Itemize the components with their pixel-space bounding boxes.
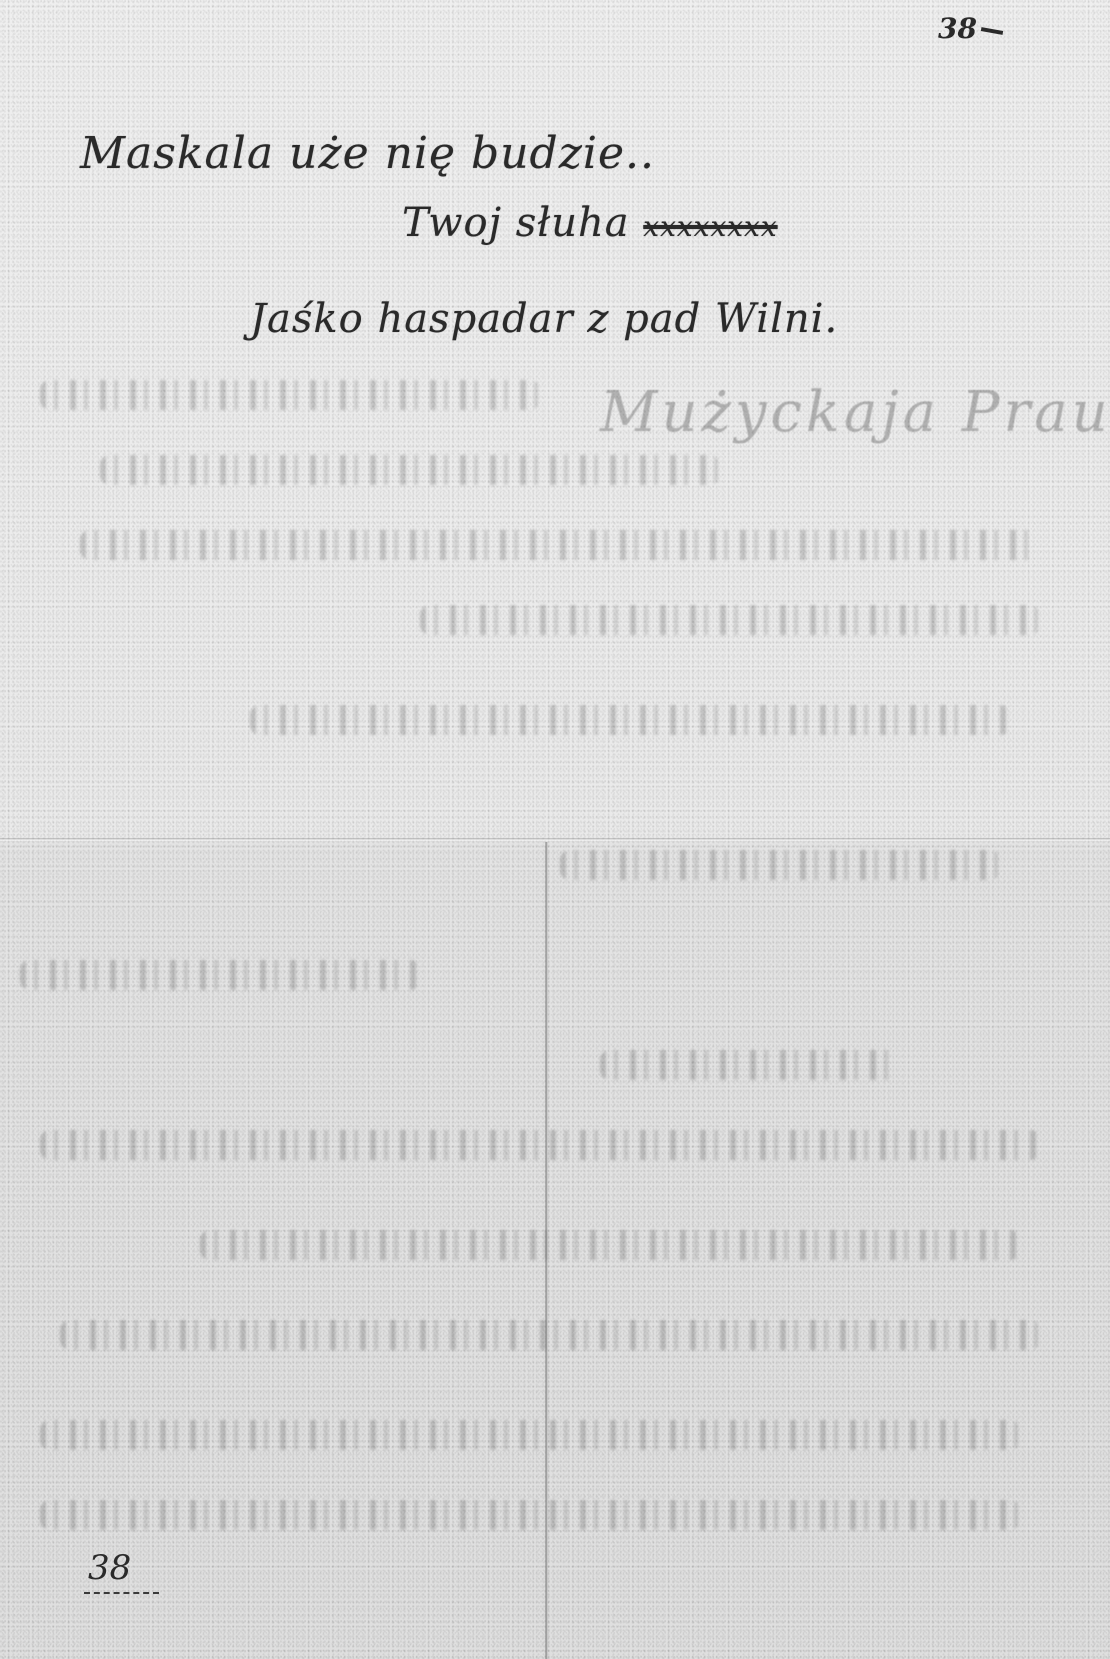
bleed-through-row [20, 960, 420, 990]
handwritten-line-2: Twoj słuha xxxxxxxx [402, 200, 778, 246]
page-number-bottom: 38 [84, 1548, 159, 1594]
bleed-through-row [250, 705, 1010, 735]
handwritten-line-3-signature: Jaśko haspadar z pad Wilni. [250, 296, 838, 342]
bleed-through-row [40, 380, 540, 410]
bleed-through-row [560, 850, 1000, 880]
bleed-through-row [100, 455, 720, 485]
page-number-dash [981, 27, 1003, 35]
bleed-through-row [40, 1500, 1020, 1530]
bleed-through-row [600, 1050, 900, 1080]
bleed-through-title: Mużyckaja Prauda [600, 380, 1110, 445]
bleed-through-row [60, 1320, 1040, 1350]
bleed-through-row [40, 1420, 1020, 1450]
vertical-fold-line [545, 842, 548, 1659]
bleed-through-row [200, 1230, 1020, 1260]
bleed-through-row [420, 605, 1040, 635]
page-number-top: 38 [938, 12, 1003, 45]
handwritten-line-1: Maskala uże nię budzie.. [80, 128, 655, 179]
handwritten-line-2-text: Twoj słuha [402, 200, 630, 246]
bleed-through-row [40, 1130, 1040, 1160]
page-number-top-text: 38 [938, 12, 977, 45]
document-page: Mużyckaja Prauda 38 Maskala uże nię budz… [0, 0, 1110, 1659]
bleed-through-row [80, 530, 1040, 560]
struck-through-word: xxxxxxxx [643, 210, 777, 243]
horizontal-fold-line [0, 838, 1110, 842]
